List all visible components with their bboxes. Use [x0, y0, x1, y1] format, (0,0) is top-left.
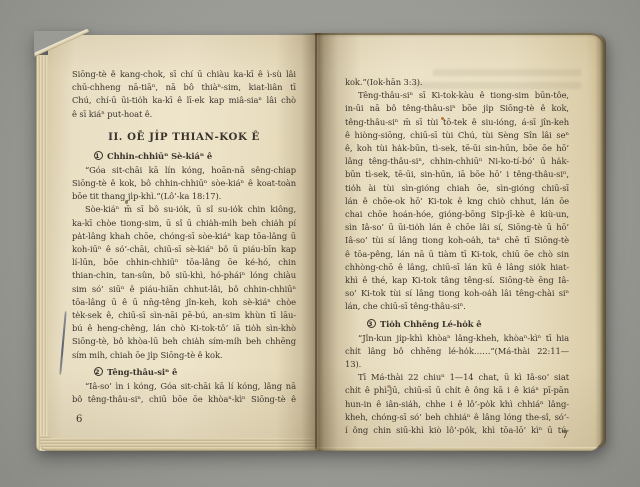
text-line: Siōng-tè ê kok, bô chhin-chhiūⁿ sòe-kiáⁿ…	[72, 177, 296, 190]
line-text: Têng-thâu-siⁿ sī Ki-tok-kàu ê tiong-sim …	[358, 90, 569, 100]
line-text: Tio̍h Chhēng Lé-ho̍k ê	[380, 319, 481, 329]
line-text: bô têng-thâu-siⁿ, chiū bōe ōe khòaⁿ-kìⁿ …	[72, 394, 296, 404]
circled-number: 1	[94, 151, 103, 160]
text-line: te̍k-sek ê, chiū-sī sìn-nāi pē-bú, an-si…	[72, 309, 296, 322]
line-text: lán, che chiū-sī têng-thâu-siⁿ.	[345, 301, 466, 311]
text-line: chi̍t lâng bô chhēng lé-ho̍k……”(Má-thài …	[345, 345, 569, 358]
subsection-heading: 1Chhin-chhiūⁿ Sè-kiáⁿ ê	[72, 150, 296, 162]
left-page-number: 6	[76, 413, 82, 426]
line-text: in-ūi nā bô têng-thâu-siⁿ bōe ji̍p Siōng…	[345, 103, 569, 113]
text-line: chū-chheng nā-tiāⁿ, nā bô thiàⁿ-sim, kia…	[72, 81, 296, 94]
text-line: ê hiòng-siōng, chiū-sī tùi Chú, tùi Sèng…	[345, 129, 569, 142]
line-text: chi̍t ê phì-jū, chiū-sī ū chi̍t ê ông kā…	[345, 385, 569, 395]
margin-pen-mark	[59, 311, 67, 375]
text-line: “Iâ-so’ ìn i kóng, Góa sit-chāi kā lí kó…	[72, 380, 296, 393]
subsection-heading: 3Tio̍h Chhēng Lé-ho̍k ê	[345, 318, 569, 330]
text-line: Tī Má-thài 22 chiuⁿ 1—14 chat, ū kì Iâ-s…	[345, 371, 569, 384]
paper-stain	[125, 200, 128, 204]
line-text: ê tōa-pêng, lán nā ū tiàm tī Ki-tok, chi…	[345, 249, 569, 259]
line-text: 13).	[345, 359, 361, 369]
line-text: “Jîn-kun ji̍p-khì khòaⁿ lâng-kheh, khòaⁿ…	[358, 333, 569, 343]
line-text: Chhin-chhiūⁿ Sè-kiáⁿ ê	[107, 151, 212, 161]
line-text: ka-kī chòe tiong-sim, ū sî ū chia̍h-mi̍h…	[72, 218, 296, 228]
left-page: Siōng-tè ê kang-chok, sī chí ū chiàu ka-…	[48, 35, 315, 438]
text-line: ê sī kiáⁿ put-hoat ê.	[72, 108, 296, 121]
line-text: hun-in ê iân-sia̍h, chhe i ê lô’-po̍k kh…	[345, 399, 569, 409]
text-line: lí-lūn, bōe chhin-chhiūⁿ tōa-lâng ōe ké-…	[72, 256, 296, 269]
line-text: ê sī kiáⁿ put-hoat ê.	[72, 109, 152, 119]
text-line: pa̍t-lâng khah chōe, chóng-sī sòe-kiáⁿ k…	[72, 230, 296, 243]
line-text: ê, koh tùi ha̍k-būn, tì-sek, tē-ūi sin-h…	[345, 143, 569, 153]
text-line: bú ê heng-chêng, lán chò Ki-tok-tô’ iā t…	[72, 322, 296, 335]
text-line: sim só’ siūⁿ ê piáu-hiān chhut-lâi, bô c…	[72, 283, 296, 296]
line-text: te̍k-sek ê, chiū-sī sìn-nāi pē-bú, an-si…	[72, 310, 296, 320]
line-text: Tī Má-thài 22 chiuⁿ 1—14 chat, ū kì Iâ-s…	[358, 372, 569, 382]
text-line: Sòe-kiáⁿ m̄ sī bô su-io̍k, ū sî su-io̍k …	[72, 203, 296, 216]
line-text: ê hiòng-siōng, chiū-sī tùi Chú, tùi Sèng…	[345, 130, 569, 140]
right-page-text: kok.”(Iok-hān 3:3).Têng-thâu-siⁿ sī Ki-t…	[345, 76, 569, 437]
line-text: chai chōe hoán-hóe, gióng-bōng Si̍p-jī-k…	[345, 209, 569, 219]
line-text: bōe tit thang ji̍p-khì.”(Lô’-ka 18:17).	[72, 191, 221, 201]
text-line: bô têng-thâu-siⁿ, chiū bōe ōe khòaⁿ-kìⁿ …	[72, 393, 296, 406]
text-line: sìn Iâ-so’ ū ūi-tio̍h lán ê chōe lâi sí,…	[345, 221, 569, 234]
text-line: so’ Ki-tok tùi sí lâng tiong koh-oa̍h lâ…	[345, 287, 569, 300]
text-line: bōe tit thang ji̍p-khì.”(Lô’-ka 18:17).	[72, 190, 296, 203]
text-line: in-ūi nā bô têng-thâu-siⁿ bōe ji̍p Siōng…	[345, 102, 569, 115]
text-line: hun-in ê iân-sia̍h, chhe i ê lô’-po̍k kh…	[345, 398, 569, 411]
text-line: Siōng-tè ê kang-chok, sī chí ū chiàu ka-…	[72, 68, 296, 81]
line-text: II. OĒ JI̍P THIAN-KOK Ê	[108, 131, 260, 143]
line-text: í ông chin siū-khì kiò lô’-po̍k, khì tōa…	[345, 425, 569, 435]
line-text: so’ Ki-tok tùi sí lâng tiong koh-oa̍h lâ…	[345, 288, 569, 298]
text-line: chi̍t ê phì-jū, chiū-sī ū chi̍t ê ông kā…	[345, 384, 569, 397]
text-line: lán ê chōe-ok hō’ Ki-tok ê kng chiò chhu…	[345, 195, 569, 208]
text-line: koh-iūⁿ ê só’-chāi, chiū-sī sè-kiáⁿ bô ū…	[72, 243, 296, 256]
line-text: lán ê chōe-ok hō’ Ki-tok ê kng chiò chhu…	[345, 196, 569, 206]
line-text: tōa-lâng ū ê ū nn̄g-têng jîn-keh, koh sè…	[72, 297, 296, 307]
line-text: Sòe-kiáⁿ m̄ sī bô su-io̍k, ū sî su-io̍k …	[85, 204, 296, 214]
line-text: chū-chheng nā-tiāⁿ, nā bô thiàⁿ-sim, kia…	[72, 82, 296, 92]
circled-number: 3	[367, 319, 376, 328]
text-line: sím mi̍h, chiah ōe ji̍p Siōng-tè ê kok.	[72, 349, 296, 362]
line-text: chi̍t lâng bô chhēng lé-ho̍k……”(Má-thài …	[345, 346, 569, 356]
line-text: chhòng-chō ê lâng, chiū-sī lán kū ê lâng…	[345, 262, 569, 272]
open-book: Siōng-tè ê kang-chok, sī chí ū chiàu ka-…	[36, 33, 606, 453]
text-line: lâng têng-thâu-siⁿ, chhin-chhiūⁿ Ni-ko-t…	[345, 155, 569, 168]
line-text: lí-lūn, bōe chhin-chhiūⁿ tōa-lâng ōe ké-…	[72, 257, 296, 267]
text-line: têng-thâu-siⁿ m̄ sī tùi tō-tek ê siu-ión…	[345, 116, 569, 129]
line-text: “Iâ-so’ ìn i kóng, Góa sit-chāi kā lí kó…	[85, 381, 296, 391]
text-line: chhòng-chō ê lâng, chiū-sī lán kū ê lâng…	[345, 261, 569, 274]
text-line: ê tōa-pêng, lán nā ū tiàm tī Ki-tok, chi…	[345, 248, 569, 261]
text-line: tio̍h ài tùi sìn-gióng chiah ōe, sìn-gió…	[345, 182, 569, 195]
line-text: Siōng-tè, bô khòa-lū beh chia̍h sím-mi̍h…	[72, 336, 296, 346]
line-text: Têng-thâu-siⁿ ê	[107, 367, 177, 377]
text-line: būn tì-sek, tē-ūi, sin-hūn, iā bōe hō’ i…	[345, 168, 569, 181]
book-board-edge	[595, 33, 606, 449]
text-line: lán, che chiū-sī têng-thâu-siⁿ.	[345, 300, 569, 313]
line-text: thian-chin, tan-sûn, bô siū-khì, hó-phái…	[72, 270, 296, 280]
line-text: būn tì-sek, tē-ūi, sin-hūn, iā bōe hō’ i…	[345, 169, 569, 179]
line-text: tio̍h ài tùi sìn-gióng chiah ōe, sìn-gió…	[345, 183, 569, 193]
text-line: kok.”(Iok-hān 3:3).	[345, 76, 569, 89]
text-line: ê, koh tùi ha̍k-būn, tì-sek, tē-ūi sin-h…	[345, 142, 569, 155]
line-text: khì ê thé, kap Ki-tok tâng têng-sí. Siōn…	[345, 275, 569, 285]
book-gutter-fold-line	[315, 33, 317, 449]
line-text: sìn Iâ-so’ ū ūi-tio̍h lán ê chōe lâi sí,…	[345, 222, 569, 232]
line-text: sím mi̍h, chiah ōe ji̍p Siōng-tè ê kok.	[72, 350, 223, 360]
text-line: thian-chin, tan-sûn, bô siū-khì, hó-phái…	[72, 269, 296, 282]
show-through-smudge	[433, 69, 581, 76]
line-text: sim só’ siūⁿ ê piáu-hiān chhut-lâi, bô c…	[72, 284, 296, 294]
text-line: “Jîn-kun ji̍p-khì khòaⁿ lâng-kheh, khòaⁿ…	[345, 332, 569, 345]
line-text: kok.”(Iok-hān 3:3).	[345, 77, 422, 87]
line-text: “Góa sit-chāi kā lín kóng, hoān-nā sêng-…	[85, 165, 296, 175]
photo-background: Siōng-tè ê kang-chok, sī chí ū chiàu ka-…	[0, 0, 640, 487]
left-page-text: Siōng-tè ê kang-chok, sī chí ū chiàu ka-…	[72, 68, 296, 406]
line-text: kheh, chóng-sī só’ beh chhiáⁿ ê lâng lón…	[345, 412, 569, 422]
line-text: Chú, chí-ū ūi-tio̍h ka-kī ê lī-ek kap mi…	[72, 95, 296, 105]
right-page-number: 7	[555, 429, 575, 442]
text-line: ka-kī chòe tiong-sim, ū sî ū chia̍h-mi̍h…	[72, 217, 296, 230]
line-text: pa̍t-lâng khah chōe, chóng-sī sòe-kiáⁿ k…	[72, 231, 296, 241]
text-line: Têng-thâu-siⁿ sī Ki-tok-kàu ê tiong-sim …	[345, 89, 569, 102]
line-text: Siōng-tè ê kok, bô chhin-chhiūⁿ sòe-kiáⁿ…	[72, 178, 296, 188]
section-heading: II. OĒ JI̍P THIAN-KOK Ê	[72, 130, 296, 144]
paper-stain	[387, 385, 391, 388]
line-text: têng-thâu-siⁿ m̄ sī tùi tō-tek ê siu-ión…	[345, 117, 569, 127]
paper-stain	[441, 117, 444, 120]
text-line: tōa-lâng ū ê ū nn̄g-têng jîn-keh, koh sè…	[72, 296, 296, 309]
circled-number: 2	[94, 367, 103, 376]
text-line: Chú, chí-ū ūi-tio̍h ka-kī ê lī-ek kap mi…	[72, 94, 296, 107]
text-line: khì ê thé, kap Ki-tok tâng têng-sí. Siōn…	[345, 274, 569, 287]
text-line: 13).	[345, 358, 569, 371]
line-text: lâng têng-thâu-siⁿ, chhin-chhiūⁿ Ni-ko-t…	[345, 156, 569, 166]
text-line: Siōng-tè, bô khòa-lū beh chia̍h sím-mi̍h…	[72, 335, 296, 348]
text-line: chai chōe hoán-hóe, gióng-bōng Si̍p-jī-k…	[345, 208, 569, 221]
line-text: koh-iūⁿ ê só’-chāi, chiū-sī sè-kiáⁿ bô ū…	[72, 244, 296, 254]
text-line: Iâ-so’ tùi sí lâng tiong koh-oa̍h, taⁿ c…	[345, 234, 569, 247]
line-text: Iâ-so’ tùi sí lâng tiong koh-oa̍h, taⁿ c…	[345, 235, 569, 245]
subsection-heading: 2Têng-thâu-siⁿ ê	[72, 366, 296, 378]
text-line: “Góa sit-chāi kā lín kóng, hoān-nā sêng-…	[72, 164, 296, 177]
line-text: bú ê heng-chêng, lán chò Ki-tok-tô’ iā t…	[72, 323, 296, 333]
text-line: í ông chin siū-khì kiò lô’-po̍k, khì tōa…	[345, 424, 569, 437]
text-line: kheh, chóng-sī só’ beh chhiáⁿ ê lâng lón…	[345, 411, 569, 424]
right-page: kok.”(Iok-hān 3:3).Têng-thâu-siⁿ sī Ki-t…	[315, 33, 603, 447]
line-text: Siōng-tè ê kang-chok, sī chí ū chiàu ka-…	[72, 69, 296, 79]
